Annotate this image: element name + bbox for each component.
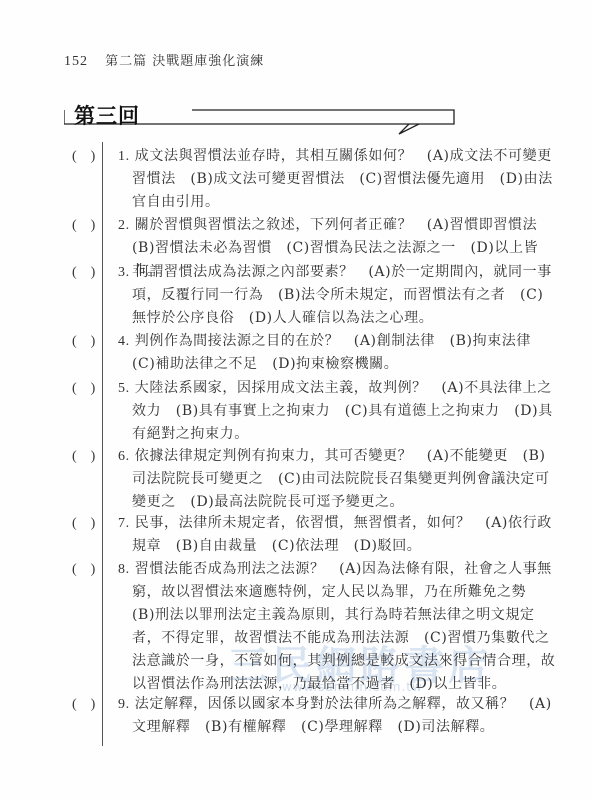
answer-blank[interactable]: ( ) bbox=[72, 377, 95, 397]
answer-blank[interactable]: ( ) bbox=[72, 512, 95, 532]
answer-blank[interactable]: ( ) bbox=[72, 214, 95, 234]
answer-blank[interactable]: ( ) bbox=[72, 693, 95, 713]
answer-blank[interactable]: ( ) bbox=[72, 445, 95, 465]
question-text: 8. 習慣法能否成為刑法之法源？ (A)因為法條有限，社會之人事無窮，故以習慣法… bbox=[118, 558, 556, 696]
question-text: 7. 民事，法律所未規定者，依習慣，無習慣者，如何？ (A)依行政規章 (B)自… bbox=[118, 512, 556, 558]
question-text: 3. 何謂習慣法成為法源之內部要素？ (A)於一定期間內，就同一事項，反覆行同一… bbox=[118, 261, 556, 330]
page-number: 152 bbox=[64, 54, 88, 69]
answer-blank[interactable]: ( ) bbox=[72, 558, 95, 578]
answer-blank[interactable]: ( ) bbox=[72, 330, 95, 350]
question-text: 4. 判例作為間接法源之目的在於？ (A)創制法律 (B)拘束法律 (C)補助法… bbox=[118, 330, 556, 376]
question-text: 1. 成文法與習慣法並存時，其相互關係如何？ (A)成文法不可變更習慣法 (B)… bbox=[118, 145, 556, 214]
running-header: 152 第二篇 決戰題庫強化演練 bbox=[64, 50, 264, 70]
answer-blank[interactable]: ( ) bbox=[72, 261, 95, 281]
answer-column-divider bbox=[102, 142, 103, 746]
running-title: 第二篇 決戰題庫強化演練 bbox=[105, 54, 264, 69]
question-text: 5. 大陸法系國家，因採用成文法主義，故判例？ (A)不具法律上之效力 (B)具… bbox=[118, 377, 556, 446]
answer-blank[interactable]: ( ) bbox=[72, 145, 95, 165]
question-text: 6. 依據法律規定判例有拘束力，其可否變更？ (A)不能變更 (B)司法院院長可… bbox=[118, 445, 556, 514]
section-title: 第三回 bbox=[74, 100, 140, 130]
question-text: 9. 法定解釋，因係以國家本身對於法律所為之解釋，故又稱？ (A)文理解釋 (B… bbox=[118, 693, 556, 739]
